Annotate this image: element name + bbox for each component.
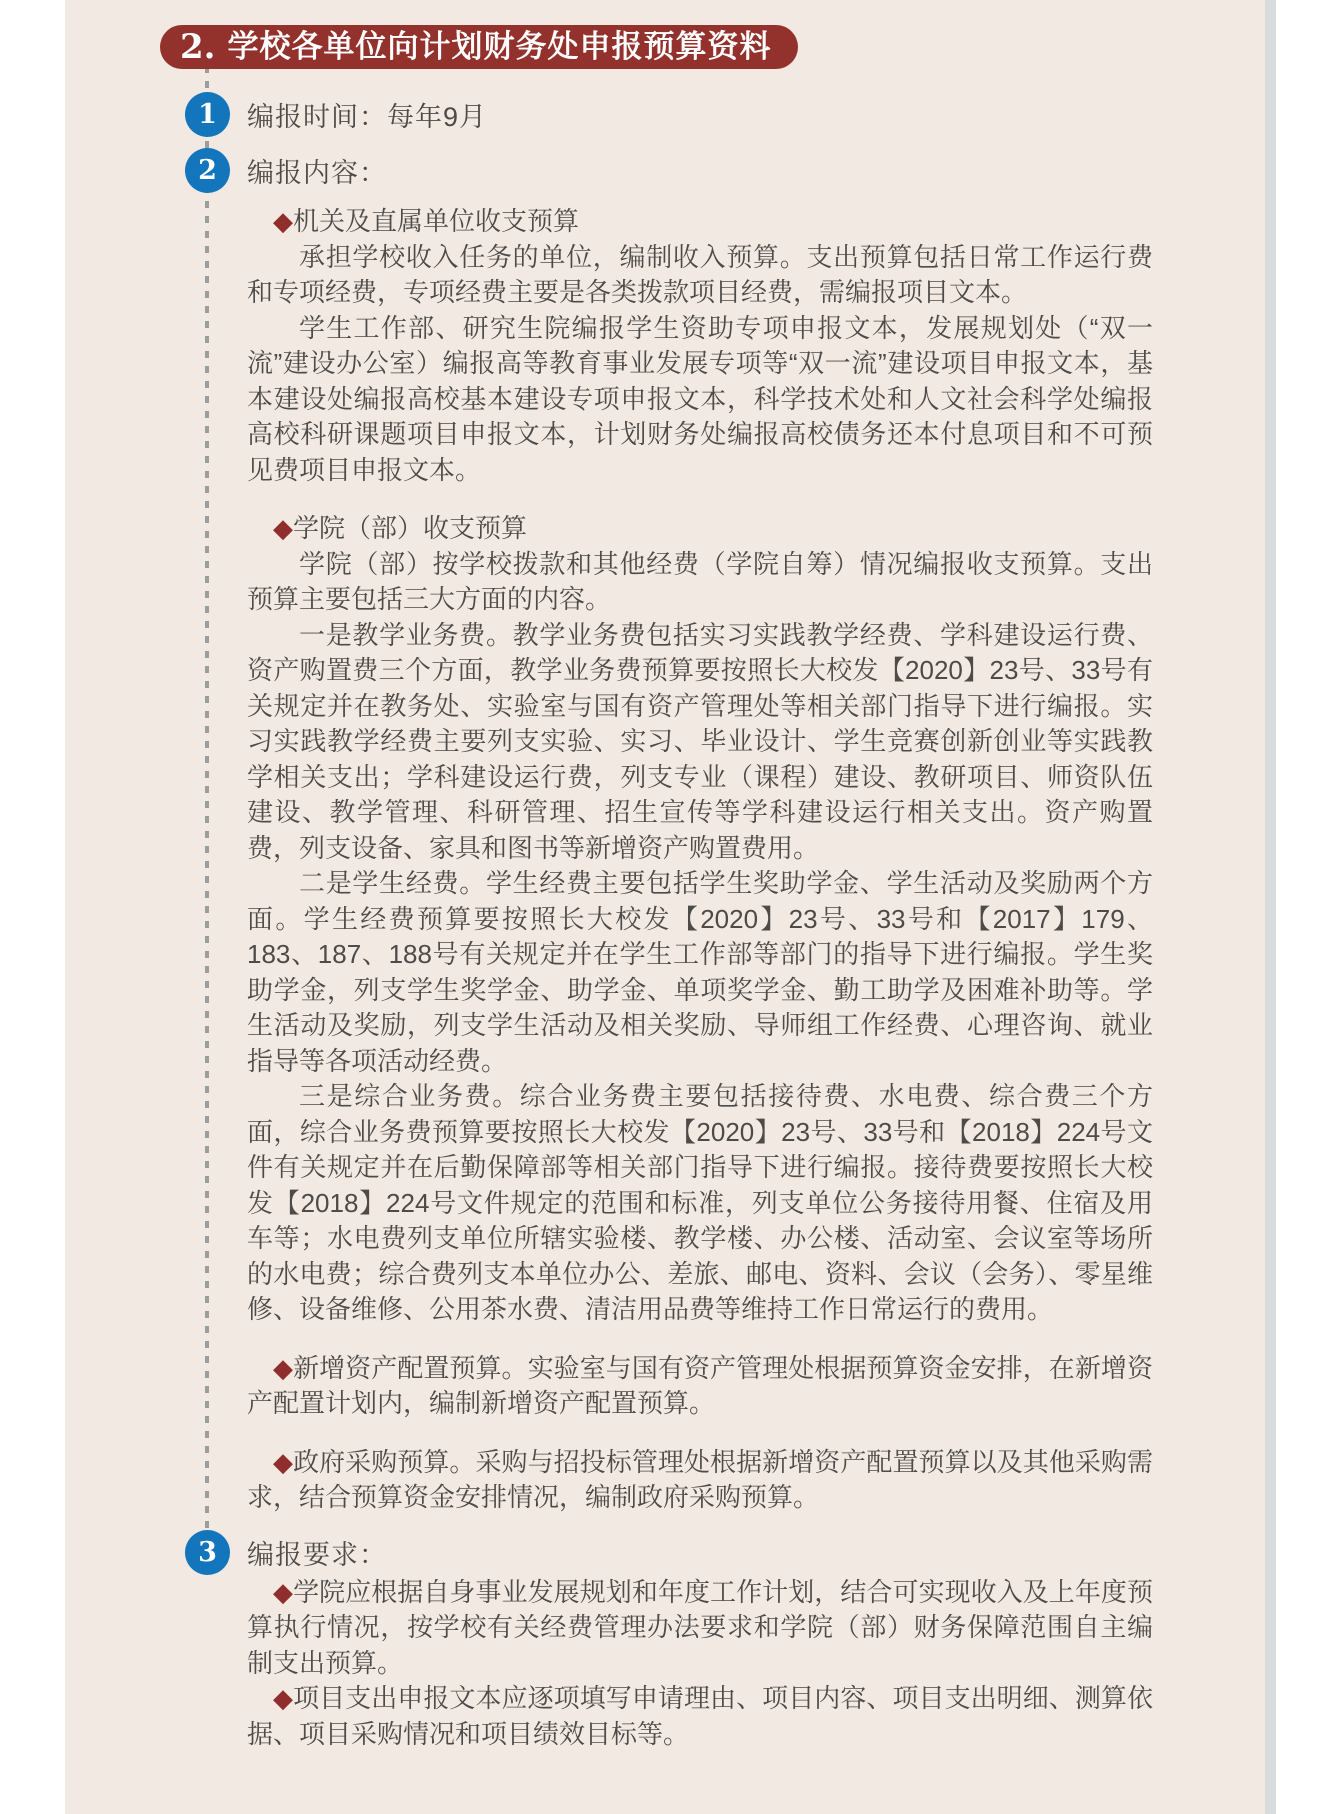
diamond-bullet-icon: ◆ — [273, 1447, 293, 1477]
diamond-bullet-icon: ◆ — [273, 1683, 293, 1713]
text-block: 一是教学业务费。教学业务费包括实习实践教学经费、学科建设运行费、资产购置费三个方… — [247, 618, 1153, 867]
diamond-bullet-icon: ◆ — [273, 1353, 293, 1383]
item-row-3: 3编报要求： — [185, 1530, 1265, 1575]
section-header-banner: 2. 学校各单位向计划财务处申报预算资料 — [160, 25, 798, 69]
text-block: 学院（部）按学校拨款和其他经费（学院自筹）情况编报收支预算。支出预算主要包括三大… — [247, 547, 1153, 618]
item-label: 编报时间：每年9月 — [247, 95, 487, 134]
text-block: 二是学生经费。学生经费主要包括学生奖助学金、学生活动及奖励两个方面。学生经费预算… — [247, 866, 1153, 1079]
item-label: 编报要求： — [247, 1533, 387, 1572]
diamond-bullet-icon: ◆ — [273, 206, 293, 236]
numbered-item-2: 2编报内容：◆机关及直属单位收支预算承担学校收入任务的单位，编制收入预算。支出预… — [65, 148, 1265, 1516]
item-label: 编报内容： — [247, 151, 387, 190]
item-row-2: 2编报内容： — [185, 148, 1265, 193]
page-edge-strip — [1265, 0, 1276, 1814]
item-row-1: 1编报时间：每年9月 — [185, 92, 1265, 137]
text-block: ◆机关及直属单位收支预算 — [247, 204, 1153, 240]
item-text-column: ◆机关及直属单位收支预算承担学校收入任务的单位，编制收入预算。支出预算包括日常工… — [247, 204, 1153, 1516]
paper-background: 2. 学校各单位向计划财务处申报预算资料 1编报时间：每年9月2编报内容：◆机关… — [65, 0, 1265, 1814]
text-block: 承担学校收入任务的单位，编制收入预算。支出预算包括日常工作运行费和专项经费，专项… — [247, 240, 1153, 311]
text-block: ◆政府采购预算。采购与招投标管理处根据新增资产配置预算以及其他采购需求，结合预算… — [247, 1445, 1153, 1516]
section-title: 学校各单位向计划财务处申报预算资料 — [228, 25, 772, 69]
item-text-column: ◆学院应根据自身事业发展规划和年度工作计划，结合可实现收入及上年度预算执行情况，… — [247, 1575, 1153, 1753]
diamond-bullet-icon: ◆ — [273, 1577, 293, 1607]
document-page: 2. 学校各单位向计划财务处申报预算资料 1编报时间：每年9月2编报内容：◆机关… — [0, 0, 1333, 1814]
diamond-bullet-icon: ◆ — [273, 513, 293, 543]
text-block: ◆新增资产配置预算。实验室与国有资产管理处根据预算资金安排，在新增资产配置计划内… — [247, 1351, 1153, 1422]
text-block: ◆项目支出申报文本应逐项填写申请理由、项目内容、项目支出明细、测算依据、项目采购… — [247, 1681, 1153, 1752]
section-number: 2. — [180, 25, 216, 69]
dashed-connector-line — [205, 66, 209, 1554]
numbered-item-3: 3编报要求：◆学院应根据自身事业发展规划和年度工作计划，结合可实现收入及上年度预… — [65, 1530, 1265, 1753]
text-block: 三是综合业务费。综合业务费主要包括接待费、水电费、综合费三个方面，综合业务费预算… — [247, 1079, 1153, 1328]
text-block: ◆学院应根据自身事业发展规划和年度工作计划，结合可实现收入及上年度预算执行情况，… — [247, 1575, 1153, 1682]
text-block: 学生工作部、研究生院编报学生资助专项申报文本，发展规划处（“双一流”建设办公室）… — [247, 311, 1153, 489]
step-number-badge: 3 — [185, 1530, 230, 1575]
items: 1编报时间：每年9月2编报内容：◆机关及直属单位收支预算承担学校收入任务的单位，… — [65, 92, 1265, 1752]
step-number-badge: 2 — [185, 148, 230, 193]
text-block: ◆学院（部）收支预算 — [247, 511, 1153, 547]
numbered-item-1: 1编报时间：每年9月 — [65, 92, 1265, 137]
step-number-badge: 1 — [185, 92, 230, 137]
